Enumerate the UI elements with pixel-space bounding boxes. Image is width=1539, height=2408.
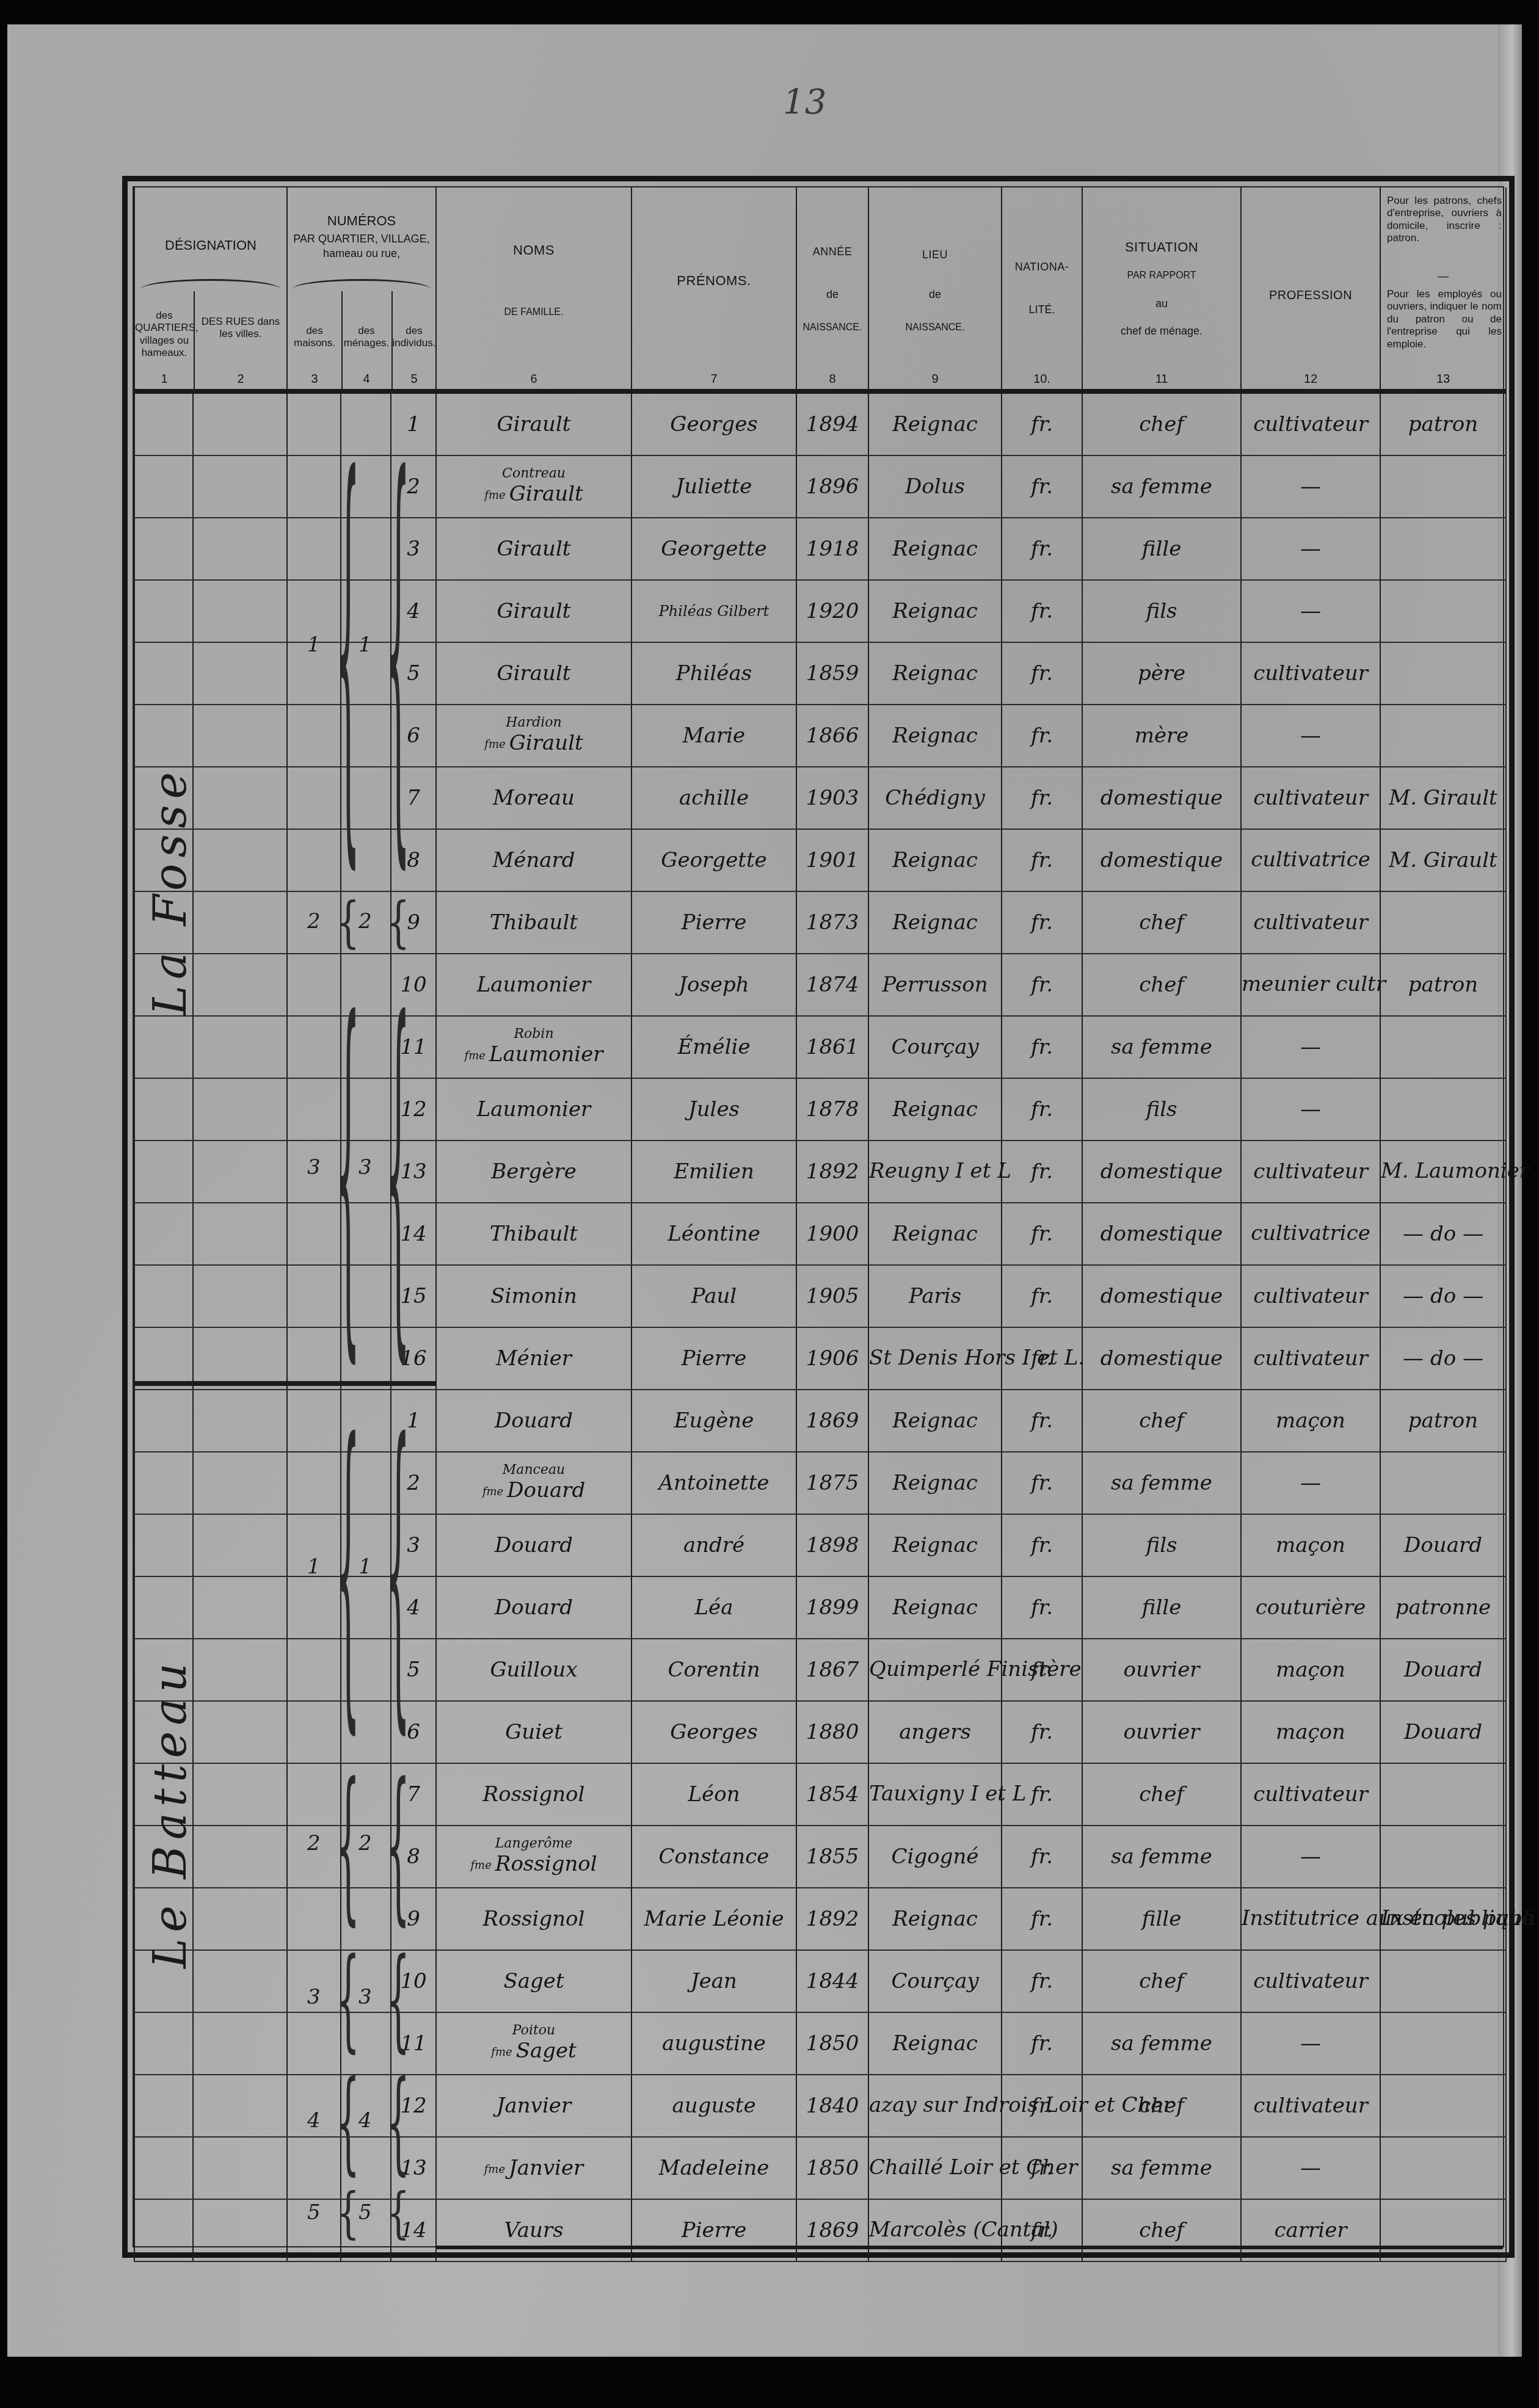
cell-prenom: Juliette — [631, 455, 796, 518]
cell-nom: HardionfmeGirault — [436, 705, 631, 767]
cell-annee: 1898 — [796, 1514, 868, 1576]
cell-annee: 1850 — [796, 2012, 868, 2075]
cell-annee: 1869 — [796, 2199, 868, 2261]
cell-annee: 1906 — [796, 1327, 868, 1390]
header-annee: ANNÉE de NAISSANCE. 8 — [796, 187, 868, 391]
cell-patron: M. Girault — [1380, 767, 1506, 829]
cell-situation: chef — [1082, 954, 1241, 1016]
cell-annee: 1900 — [796, 1203, 868, 1265]
surname: Girault — [509, 482, 583, 506]
cell-nom: Laumonier — [436, 1078, 631, 1141]
cell-situation: domestique — [1082, 1203, 1241, 1265]
cell-prenom: Georgette — [631, 518, 796, 580]
cell-nom: Douard — [436, 1576, 631, 1639]
table-bottom-rule — [437, 2246, 1503, 2249]
cell-patron — [1380, 580, 1506, 642]
cell-rue — [193, 1327, 287, 1390]
curly-brace-icon: { — [387, 1386, 410, 1750]
cell-prenom: Pierre — [631, 2199, 796, 2261]
cell-nom: Thibault — [436, 1203, 631, 1265]
cell-rue — [193, 1763, 287, 1826]
cell-maison — [287, 455, 341, 518]
cell-nom: LangerômefmeRossignol — [436, 1826, 631, 1888]
cell-profession: cultivateur — [1241, 1763, 1380, 1826]
surname: Douard — [495, 1409, 573, 1433]
cell-prenom: Philéas Gilbert — [631, 580, 796, 642]
cell-profession: cultivateur — [1241, 391, 1380, 455]
cell-nationalite: fr. — [1002, 1888, 1082, 1950]
house-number: 3 — [307, 1985, 321, 2009]
cell-patron — [1380, 2137, 1506, 2199]
house-number: 1 — [307, 633, 321, 657]
cell-lieu: St Denis Hors I et L. — [868, 1327, 1002, 1390]
cell-annee: 1880 — [796, 1701, 868, 1763]
cell-situation: fille — [1082, 1576, 1241, 1639]
cell-rue — [193, 1576, 287, 1639]
village-name: Le Batteau — [144, 1382, 197, 2243]
cell-nationalite: fr. — [1002, 1016, 1082, 1078]
cell-maison — [287, 1390, 341, 1452]
cell-situation: fils — [1082, 580, 1241, 642]
cell-nom: Laumonier — [436, 954, 631, 1016]
header-numeros: NUMÉROS PAR QUARTIER, VILLAGE, hameau ou… — [287, 187, 436, 391]
cell-patron — [1380, 518, 1506, 580]
cell-annee: 1901 — [796, 829, 868, 891]
cell-lieu: Reignac — [868, 1203, 1002, 1265]
cell-maison — [287, 1639, 341, 1701]
cell-rue — [193, 705, 287, 767]
cell-lieu: Courçay — [868, 1016, 1002, 1078]
cell-profession: maçon — [1241, 1639, 1380, 1701]
cell-prenom: Corentin — [631, 1639, 796, 1701]
cell-patron — [1380, 1016, 1506, 1078]
cell-nationalite: fr. — [1002, 2199, 1082, 2261]
curly-brace-icon: { — [337, 2185, 360, 2242]
house-number: 2 — [307, 1831, 321, 1855]
cell-nationalite: fr. — [1002, 642, 1082, 705]
curly-brace-icon: { — [387, 1755, 410, 1934]
wife-prefix: fme — [491, 2046, 512, 2059]
cell-situation: chef — [1082, 1390, 1241, 1452]
header-noms: NOMS DE FAMILLE. 6 — [436, 187, 631, 391]
cell-annee: 1840 — [796, 2075, 868, 2137]
household-number: 1 — [358, 1554, 372, 1579]
surname: Laumonier — [489, 1042, 603, 1067]
cell-nationalite: fr. — [1002, 1203, 1082, 1265]
cell-nationalite: fr. — [1002, 518, 1082, 580]
surname: Vaurs — [504, 2218, 563, 2243]
cell-situation: chef — [1082, 391, 1241, 455]
cell-profession: cultivateur — [1241, 1950, 1380, 2012]
cell-rue — [193, 455, 287, 518]
header-profession: PROFESSION 12 — [1241, 187, 1380, 391]
cell-maison — [287, 705, 341, 767]
cell-lieu: Reignac — [868, 829, 1002, 891]
village-name: La Fosse — [144, 399, 197, 1382]
maiden-name: Langerôme — [437, 1837, 631, 1851]
cell-lieu: azay sur Indrois Loir et Cher — [868, 2075, 1002, 2137]
cell-nationalite: fr. — [1002, 1826, 1082, 1888]
header-row: DÉSIGNATION des QUARTIERS, villages ou h… — [134, 187, 1506, 391]
cell-nom: Moreau — [436, 767, 631, 829]
header-prenoms: PRÉNOMS. 7 — [631, 187, 796, 391]
surname: Douard — [495, 1595, 573, 1620]
household-number: 2 — [358, 1831, 372, 1855]
cell-lieu: Reignac — [868, 1390, 1002, 1452]
cell-rue — [193, 1265, 287, 1327]
cell-prenom: Émélie — [631, 1016, 796, 1078]
cell-maison — [287, 518, 341, 580]
wife-prefix: fme — [470, 1859, 491, 1872]
cell-rue — [193, 1514, 287, 1576]
cell-nom: Douard — [436, 1390, 631, 1452]
curly-brace-icon: { — [387, 956, 410, 1381]
surname: Girault — [497, 537, 571, 561]
wife-prefix: fme — [465, 1050, 486, 1062]
curly-brace-icon: { — [387, 2185, 410, 2242]
cell-profession: — — [1241, 1452, 1380, 1514]
surname: Girault — [509, 731, 583, 755]
curly-brace-icon: { — [387, 402, 410, 890]
cell-maison — [287, 1701, 341, 1763]
curly-brace-icon: { — [337, 1755, 360, 1934]
cell-situation: chef — [1082, 2075, 1241, 2137]
cell-patron: Douard — [1380, 1701, 1506, 1763]
cell-lieu: Paris — [868, 1265, 1002, 1327]
surname: Laumonier — [477, 973, 591, 997]
cell-patron — [1380, 2012, 1506, 2075]
cell-rue — [193, 891, 287, 954]
cell-situation: fils — [1082, 1514, 1241, 1576]
cell-lieu: Reignac — [868, 580, 1002, 642]
surname: Douard — [507, 1478, 585, 1503]
cell-maison — [287, 2012, 341, 2075]
cell-situation: sa femme — [1082, 2137, 1241, 2199]
surname: Girault — [497, 661, 571, 686]
cell-annee: 1894 — [796, 391, 868, 455]
cell-patron: — do — — [1380, 1203, 1506, 1265]
cell-nom: Douard — [436, 1514, 631, 1576]
cell-lieu: Reignac — [868, 891, 1002, 954]
cell-nom: ManceaufmeDouard — [436, 1452, 631, 1514]
cell-prenom: augustine — [631, 2012, 796, 2075]
household-number: 5 — [358, 2200, 372, 2225]
surname: Moreau — [493, 786, 575, 810]
cell-prenom: achille — [631, 767, 796, 829]
cell-prenom: Marie Léonie — [631, 1888, 796, 1950]
cell-profession: — — [1241, 705, 1380, 767]
cell-prenom: Paul — [631, 1265, 796, 1327]
census-page: 13 DÉSIGNATION des QUARTIERS, villages o… — [7, 24, 1522, 2357]
cell-rue — [193, 1888, 287, 1950]
cell-maison — [287, 1888, 341, 1950]
cell-patron: — do — — [1380, 1327, 1506, 1390]
cell-annee: 1896 — [796, 455, 868, 518]
curly-brace-icon: { — [337, 956, 360, 1381]
cell-rue — [193, 1390, 287, 1452]
cell-maison — [287, 1327, 341, 1390]
cell-prenom: Jean — [631, 1950, 796, 2012]
cell-situation: chef — [1082, 1950, 1241, 2012]
cell-patron — [1380, 891, 1506, 954]
cell-prenom: Philéas — [631, 642, 796, 705]
cell-nom: PoitoufmeSaget — [436, 2012, 631, 2075]
surname: Girault — [497, 412, 571, 437]
cell-situation: chef — [1082, 1763, 1241, 1826]
cell-maison — [287, 1265, 341, 1327]
surname: Girault — [497, 599, 571, 623]
header-situation: SITUATION PAR RAPPORT au chef de ménage.… — [1082, 187, 1241, 391]
cell-prenom: Madeleine — [631, 2137, 796, 2199]
cell-prenom: andré — [631, 1514, 796, 1576]
cell-nom: fmeJanvier — [436, 2137, 631, 2199]
brace-icon — [293, 279, 431, 299]
cell-annee: 1869 — [796, 1390, 868, 1452]
cell-lieu: Reignac — [868, 1514, 1002, 1576]
cell-rue — [193, 2075, 287, 2137]
cell-profession: cultivateur — [1241, 642, 1380, 705]
cell-annee: 1892 — [796, 1888, 868, 1950]
cell-lieu: Reignac — [868, 1078, 1002, 1141]
cell-annee: 1918 — [796, 518, 868, 580]
cell-annee: 1873 — [796, 891, 868, 954]
cell-nationalite: fr. — [1002, 829, 1082, 891]
cell-situation: domestique — [1082, 829, 1241, 891]
cell-profession: maçon — [1241, 1514, 1380, 1576]
cell-profession: — — [1241, 1016, 1380, 1078]
cell-lieu: Reignac — [868, 518, 1002, 580]
cell-maison — [287, 1452, 341, 1514]
cell-nom: Girault — [436, 580, 631, 642]
surname: Bergère — [491, 1159, 577, 1184]
cell-situation: domestique — [1082, 1141, 1241, 1203]
cell-nom: Rossignol — [436, 1763, 631, 1826]
wife-prefix: fme — [482, 1485, 503, 1498]
household-number: 2 — [358, 909, 372, 934]
cell-profession: maçon — [1241, 1390, 1380, 1452]
household-number: 3 — [358, 1155, 372, 1180]
cell-annee: 1875 — [796, 1452, 868, 1514]
cell-nom: Girault — [436, 518, 631, 580]
cell-rue — [193, 829, 287, 891]
cell-rue — [193, 2137, 287, 2199]
cell-nationalite: fr. — [1002, 1763, 1082, 1826]
cell-patron — [1380, 1078, 1506, 1141]
cell-prenom: auguste — [631, 2075, 796, 2137]
surname: Rossignol — [483, 1782, 585, 1807]
cell-rue — [193, 1639, 287, 1701]
cell-situation: ouvrier — [1082, 1701, 1241, 1763]
cell-nationalite: fr. — [1002, 1452, 1082, 1514]
cell-profession: — — [1241, 518, 1380, 580]
cell-annee: 1844 — [796, 1950, 868, 2012]
cell-profession: cultivatrice — [1241, 829, 1380, 891]
cell-nationalite: fr. — [1002, 1576, 1082, 1639]
page-number: 13 — [783, 82, 826, 122]
cell-profession: cultivateur — [1241, 891, 1380, 954]
cell-profession: — — [1241, 455, 1380, 518]
cell-nom: Girault — [436, 642, 631, 705]
cell-nom: Vaurs — [436, 2199, 631, 2261]
surname: Guilloux — [490, 1658, 577, 1682]
maiden-name: Poitou — [437, 2024, 631, 2037]
cell-profession: couturière — [1241, 1576, 1380, 1639]
cell-rue — [193, 1826, 287, 1888]
cell-nom: Guiet — [436, 1701, 631, 1763]
cell-situation: fille — [1082, 518, 1241, 580]
cell-patron — [1380, 642, 1506, 705]
cell-rue — [193, 1141, 287, 1203]
cell-patron: — do — — [1380, 1265, 1506, 1327]
cell-rue — [193, 2012, 287, 2075]
cell-profession: Institutrice aux écoles publiques — [1241, 1888, 1380, 1950]
curly-brace-icon: { — [337, 2062, 360, 2180]
cell-patron — [1380, 2199, 1506, 2261]
cell-situation: chef — [1082, 891, 1241, 954]
surname: Saget — [516, 2039, 577, 2063]
cell-lieu: Reignac — [868, 705, 1002, 767]
cell-profession: — — [1241, 580, 1380, 642]
cell-nationalite: fr. — [1002, 1141, 1082, 1203]
cell-rue — [193, 1701, 287, 1763]
cell-rue — [193, 1950, 287, 2012]
maiden-name: Manceau — [437, 1463, 631, 1477]
cell-situation: sa femme — [1082, 1826, 1241, 1888]
cell-profession: — — [1241, 1826, 1380, 1888]
cell-rue — [193, 1078, 287, 1141]
surname: Janvier — [497, 2094, 571, 2118]
cell-rue — [193, 1203, 287, 1265]
cell-profession: cultivateur — [1241, 1141, 1380, 1203]
cell-annee: 1855 — [796, 1826, 868, 1888]
cell-situation: sa femme — [1082, 455, 1241, 518]
surname: Guiet — [505, 1720, 562, 1744]
cell-lieu: Reignac — [868, 1888, 1002, 1950]
cell-nom: Guilloux — [436, 1639, 631, 1701]
cell-annee: 1920 — [796, 580, 868, 642]
cell-maison — [287, 1078, 341, 1141]
cell-nationalite: fr. — [1002, 2137, 1082, 2199]
cell-prenom: Emilien — [631, 1141, 796, 1203]
cell-patron: Douard — [1380, 1514, 1506, 1576]
cell-patron — [1380, 1826, 1506, 1888]
cell-lieu: Courçay — [868, 1950, 1002, 2012]
cell-nationalite: fr. — [1002, 1390, 1082, 1452]
cell-nationalite: fr. — [1002, 705, 1082, 767]
cell-situation: sa femme — [1082, 1016, 1241, 1078]
cell-nationalite: fr. — [1002, 1265, 1082, 1327]
cell-patron: Instn publique — [1380, 1888, 1506, 1950]
cell-rue — [193, 518, 287, 580]
cell-profession: cultivateur — [1241, 1327, 1380, 1390]
cell-annee: 1850 — [796, 2137, 868, 2199]
cell-annee: 1899 — [796, 1576, 868, 1639]
curly-brace-icon: { — [337, 1940, 360, 2058]
cell-prenom: Eugène — [631, 1390, 796, 1452]
cell-profession: maçon — [1241, 1701, 1380, 1763]
cell-prenom: Pierre — [631, 891, 796, 954]
cell-situation: père — [1082, 642, 1241, 705]
house-number: 4 — [307, 2108, 321, 2133]
cell-profession: cultivateur — [1241, 767, 1380, 829]
cell-situation: domestique — [1082, 1327, 1241, 1390]
surname: Douard — [495, 1533, 573, 1558]
cell-annee: 1905 — [796, 1265, 868, 1327]
curly-brace-icon: { — [337, 402, 360, 890]
wife-prefix: fme — [484, 2163, 505, 2176]
cell-prenom: Georges — [631, 391, 796, 455]
house-number: 1 — [307, 1554, 321, 1579]
cell-situation: chef — [1082, 2199, 1241, 2261]
cell-lieu: Chaillé Loir et Cher — [868, 2137, 1002, 2199]
wife-prefix: fme — [484, 489, 505, 502]
cell-nom: Rossignol — [436, 1888, 631, 1950]
cell-situation: fils — [1082, 1078, 1241, 1141]
cell-maison — [287, 1203, 341, 1265]
surname: Rossignol — [483, 1907, 585, 1931]
cell-situation: domestique — [1082, 767, 1241, 829]
household-number: 3 — [358, 1985, 372, 2009]
cell-rue — [193, 954, 287, 1016]
cell-prenom: Georgette — [631, 829, 796, 891]
cell-rue — [193, 580, 287, 642]
cell-rue — [193, 642, 287, 705]
cell-annee: 1866 — [796, 705, 868, 767]
cell-situation: sa femme — [1082, 1452, 1241, 1514]
cell-rue — [193, 1016, 287, 1078]
cell-rue — [193, 2199, 287, 2261]
cell-patron: patron — [1380, 391, 1506, 455]
cell-patron — [1380, 705, 1506, 767]
cell-nationalite: fr. — [1002, 1514, 1082, 1576]
cell-nom: ContreaufmeGirault — [436, 455, 631, 518]
house-number: 5 — [307, 2200, 321, 2225]
cell-nom: Girault — [436, 391, 631, 455]
cell-patron — [1380, 455, 1506, 518]
surname: Rossignol — [495, 1852, 597, 1876]
cell-rue — [193, 391, 287, 455]
cell-nom: Bergère — [436, 1141, 631, 1203]
cell-annee: 1903 — [796, 767, 868, 829]
cell-prenom: Antoinette — [631, 1452, 796, 1514]
wife-prefix: fme — [484, 738, 505, 751]
surname: Ménard — [492, 848, 575, 872]
surname: Laumonier — [477, 1097, 591, 1122]
curly-brace-icon: { — [387, 1940, 410, 2058]
cell-patron — [1380, 1763, 1506, 1826]
cell-profession: carrier — [1241, 2199, 1380, 2261]
surname: Thibault — [490, 1222, 578, 1246]
cell-nationalite: fr. — [1002, 767, 1082, 829]
cell-nationalite: fr. — [1002, 2075, 1082, 2137]
cell-nationalite: fr. — [1002, 455, 1082, 518]
cell-prenom: Pierre — [631, 1327, 796, 1390]
maiden-name: Contreau — [437, 467, 631, 481]
cell-maison — [287, 1576, 341, 1639]
brace-icon — [141, 279, 280, 299]
cell-nationalite: fr. — [1002, 891, 1082, 954]
cell-nom: Ménard — [436, 829, 631, 891]
cell-prenom: Jules — [631, 1078, 796, 1141]
cell-patron: M. Laumonier — [1380, 1141, 1506, 1203]
cell-maison — [287, 829, 341, 891]
cell-prenom: Georges — [631, 1701, 796, 1763]
cell-lieu: Dolus — [868, 455, 1002, 518]
surname: Janvier — [509, 2156, 583, 2180]
cell-annee: 1892 — [796, 1141, 868, 1203]
census-table-frame: DÉSIGNATION des QUARTIERS, villages ou h… — [122, 176, 1515, 2258]
header-lieu: LIEU de NAISSANCE. 9 — [868, 187, 1002, 391]
